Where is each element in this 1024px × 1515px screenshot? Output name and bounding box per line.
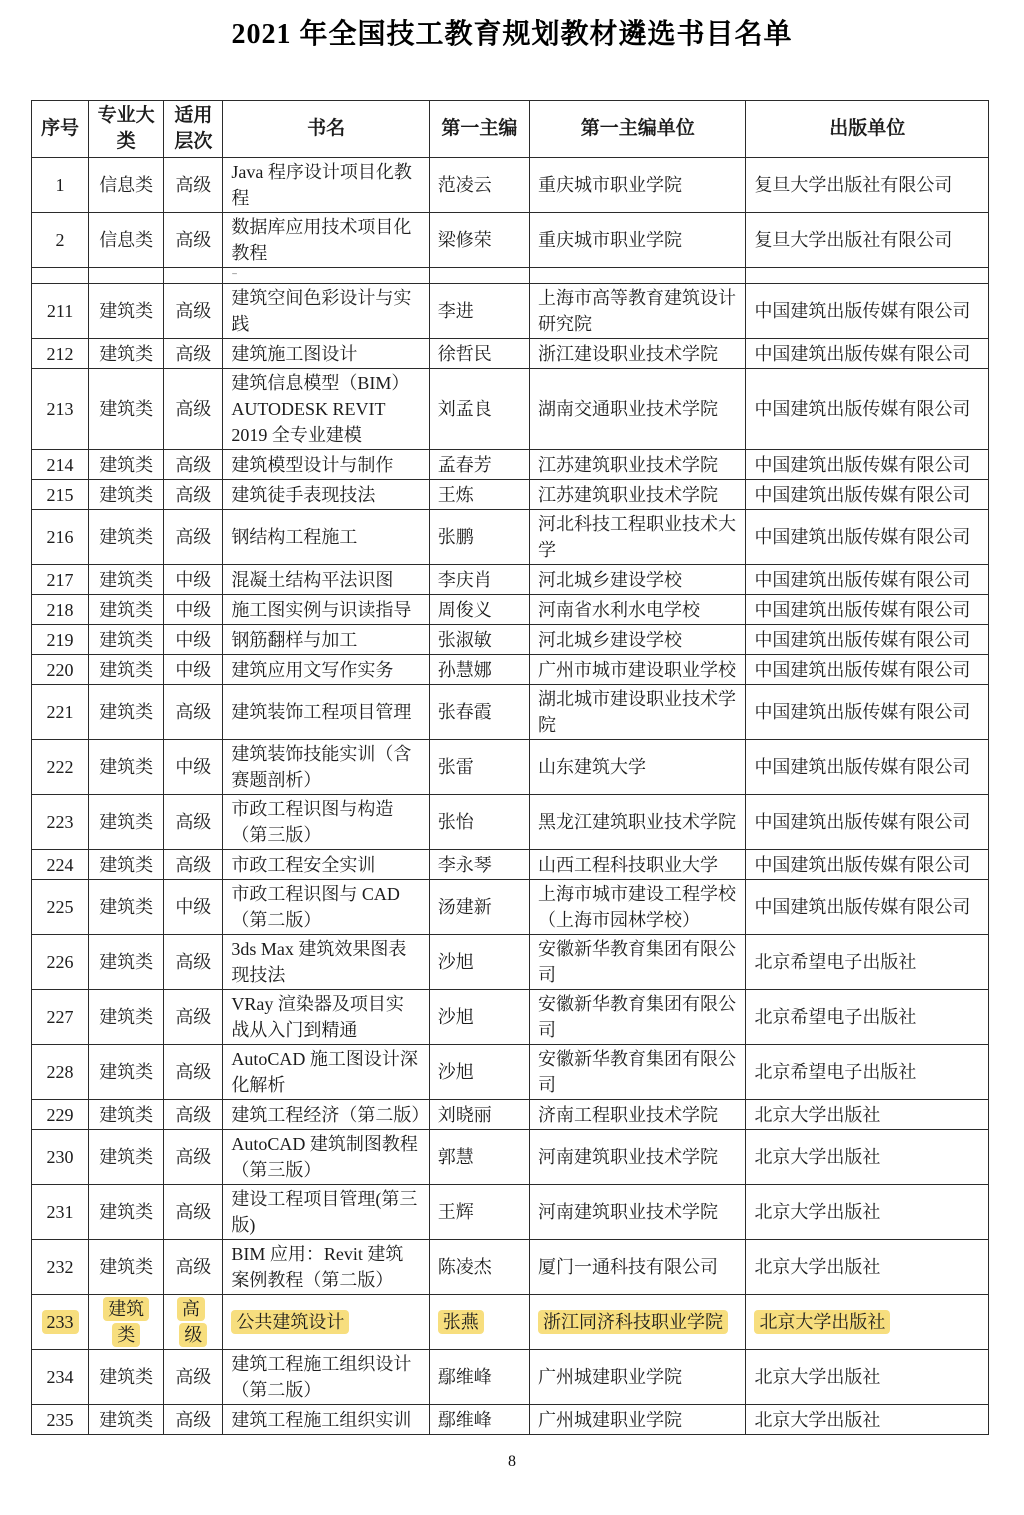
cell-first-editor: 张雷 [429,740,529,795]
cell-applicable-level: 中级 [164,565,223,595]
cell-major-category: 建筑类 [89,1295,164,1350]
cell-editor-institution: 山东建筑大学 [530,740,746,795]
header-institution: 第一主编单位 [530,101,746,158]
cell-book-title: 建筑应用文写作实务 [223,655,429,685]
cell-first-editor: 沙旭 [429,935,529,990]
cell-first-editor: 鄢维峰 [429,1350,529,1405]
cell-publisher: 中国建筑出版传媒有限公司 [746,850,989,880]
table-row: 220 建筑类 中级 建筑应用文写作实务 孙慧娜 广州市城市建设职业学校 中国建… [32,655,989,685]
cell-publisher: 中国建筑出版传媒有限公司 [746,685,989,740]
cell-serial-number: 226 [32,935,89,990]
cell-first-editor: 王炼 [429,480,529,510]
table-header: 序号 专业大类 适用层次 书名 第一主编 第一主编单位 出版单位 [32,101,989,158]
cell-major-category: 建筑类 [89,339,164,369]
cell-major-category: 建筑类 [89,935,164,990]
cell-major-category: 建筑类 [89,565,164,595]
header-level: 适用层次 [164,101,223,158]
cell-serial-number: 224 [32,850,89,880]
cell-publisher: 北京大学出版社 [746,1130,989,1185]
cell-major-category: 信息类 [89,158,164,213]
cell-major-category: 建筑类 [89,1100,164,1130]
table-row: 235 建筑类 高级 建筑工程施工组织实训 鄢维峰 广州城建职业学院 北京大学出… [32,1405,989,1435]
cell-editor-institution: 上海市城市建设工程学校（上海市园林学校） [530,880,746,935]
cell-applicable-level: 中级 [164,625,223,655]
cell-book-title: 建筑装饰技能实训（含赛题剖析） [223,740,429,795]
header-publisher: 出版单位 [746,101,989,158]
table-row: 224 建筑类 高级 市政工程安全实训 李永琴 山西工程科技职业大学 中国建筑出… [32,850,989,880]
cell-serial-number: 220 [32,655,89,685]
cell-major-category: 建筑类 [89,1045,164,1100]
table-row: 221 建筑类 高级 建筑装饰工程项目管理 张春霞 湖北城市建设职业技术学院 中… [32,685,989,740]
cell-applicable-level: 中级 [164,595,223,625]
cell-applicable-level: 高级 [164,935,223,990]
table-row: 211 建筑类 高级 建筑空间色彩设计与实践 李进 上海市高等教育建筑设计研究院… [32,284,989,339]
cell-publisher: 北京大学出版社 [746,1295,989,1350]
cell-book-title: 建筑模型设计与制作 [223,450,429,480]
cell-editor-institution: 河南建筑职业技术学院 [530,1130,746,1185]
cell-major-category: 建筑类 [89,480,164,510]
cell-editor-institution: 广州城建职业学院 [530,1405,746,1435]
cell-editor-institution: 重庆城市职业学院 [530,158,746,213]
cell-major-category: 建筑类 [89,1240,164,1295]
cell-applicable-level: 高级 [164,339,223,369]
cell-publisher: 中国建筑出版传媒有限公司 [746,595,989,625]
table-row: 223 建筑类 高级 市政工程识图与构造（第三版） 张怡 黑龙江建筑职业技术学院… [32,795,989,850]
cell-applicable-level: 高级 [164,990,223,1045]
cell-applicable-level: 高级 [164,1045,223,1100]
cell-major-category: 建筑类 [89,510,164,565]
cell-publisher: 北京大学出版社 [746,1350,989,1405]
cell-serial-number [32,268,89,284]
cell-applicable-level: 高级 [164,685,223,740]
cell-book-title: AutoCAD 施工图设计深化解析 [223,1045,429,1100]
cell-editor-institution: 河南省水利水电学校 [530,595,746,625]
header-title: 书名 [223,101,429,158]
header-no: 序号 [32,101,89,158]
cell-applicable-level: 高级 [164,795,223,850]
cell-serial-number: 1 [32,158,89,213]
table-row: 227 建筑类 高级 VRay 渲染器及项目实战从入门到精通 沙旭 安徽新华教育… [32,990,989,1045]
table-row: 214 建筑类 高级 建筑模型设计与制作 孟春芳 江苏建筑职业技术学院 中国建筑… [32,450,989,480]
cell-major-category: 建筑类 [89,740,164,795]
cell-applicable-level: 高级 [164,1100,223,1130]
cell-book-title: 混凝土结构平法识图 [223,565,429,595]
cell-publisher: 中国建筑出版传媒有限公司 [746,565,989,595]
cell-book-title: 公共建筑设计 [223,1295,429,1350]
cell-book-title: 市政工程识图与 CAD（第二版） [223,880,429,935]
cell-editor-institution: 济南工程职业技术学院 [530,1100,746,1130]
cell-book-title: 建筑工程施工组织设计（第二版） [223,1350,429,1405]
cell-serial-number: 211 [32,284,89,339]
cell-serial-number: 213 [32,369,89,450]
cell-editor-institution [530,268,746,284]
cell-first-editor: 范凌云 [429,158,529,213]
header-category: 专业大类 [89,101,164,158]
cell-major-category: 建筑类 [89,1130,164,1185]
cell-book-title: 施工图实例与识读指导 [223,595,429,625]
cell-applicable-level: 中级 [164,655,223,685]
table-body: 1 信息类 高级 Java 程序设计项目化教程 范凌云 重庆城市职业学院 复旦大… [32,158,989,1435]
table-row: 232 建筑类 高级 BIM 应用：Revit 建筑案例教程（第二版） 陈凌杰 … [32,1240,989,1295]
table-row: 226 建筑类 高级 3ds Max 建筑效果图表现技法 沙旭 安徽新华教育集团… [32,935,989,990]
cell-first-editor: 孙慧娜 [429,655,529,685]
cell-applicable-level: 高级 [164,1295,223,1350]
cell-first-editor: 梁修荣 [429,213,529,268]
cell-first-editor: 鄢维峰 [429,1405,529,1435]
cell-first-editor: 刘孟良 [429,369,529,450]
cell-major-category: 建筑类 [89,1185,164,1240]
cell-publisher: 北京大学出版社 [746,1185,989,1240]
cell-first-editor: 陈凌杰 [429,1240,529,1295]
cell-major-category: 建筑类 [89,655,164,685]
cell-applicable-level: 高级 [164,1130,223,1185]
table-row: 233 建筑类 高级 公共建筑设计 张燕 浙江同济科技职业学院 北京大学出版社 [32,1295,989,1350]
cell-publisher: 中国建筑出版传媒有限公司 [746,795,989,850]
cell-applicable-level: 高级 [164,158,223,213]
cell-serial-number: 223 [32,795,89,850]
table-row: 213 建筑类 高级 建筑信息模型（BIM）AUTODESK REVIT 201… [32,369,989,450]
cell-serial-number: 233 [32,1295,89,1350]
cell-serial-number: 217 [32,565,89,595]
cell-applicable-level: 高级 [164,284,223,339]
cell-editor-institution: 江苏建筑职业技术学院 [530,450,746,480]
cell-first-editor: 沙旭 [429,1045,529,1100]
cell-first-editor: 张燕 [429,1295,529,1350]
cell-publisher: 北京大学出版社 [746,1240,989,1295]
cell-first-editor: 徐哲民 [429,339,529,369]
cell-publisher: 中国建筑出版传媒有限公司 [746,450,989,480]
cell-major-category: 建筑类 [89,685,164,740]
cell-serial-number: 216 [32,510,89,565]
cell-applicable-level: 高级 [164,369,223,450]
cell-serial-number: 218 [32,595,89,625]
cell-book-title: 3ds Max 建筑效果图表现技法 [223,935,429,990]
cell-first-editor: 张淑敏 [429,625,529,655]
cell-editor-institution: 广州市城市建设职业学校 [530,655,746,685]
cell-applicable-level: 高级 [164,213,223,268]
cell-editor-institution: 广州城建职业学院 [530,1350,746,1405]
table-row: 212 建筑类 高级 建筑施工图设计 徐哲民 浙江建设职业技术学院 中国建筑出版… [32,339,989,369]
cell-book-title: 建筑工程施工组织实训 [223,1405,429,1435]
cell-editor-institution: 河北城乡建设学校 [530,565,746,595]
cell-serial-number: 225 [32,880,89,935]
cell-applicable-level: 高级 [164,450,223,480]
cell-applicable-level: 中级 [164,740,223,795]
cell-editor-institution: 河南建筑职业技术学院 [530,1185,746,1240]
table-row: 216 建筑类 高级 钢结构工程施工 张鹏 河北科技工程职业技术大学 中国建筑出… [32,510,989,565]
cell-first-editor: 李进 [429,284,529,339]
cell-book-title: BIM 应用：Revit 建筑案例教程（第二版） [223,1240,429,1295]
cell-publisher: 复旦大学出版社有限公司 [746,213,989,268]
cell-applicable-level: 高级 [164,1405,223,1435]
cell-editor-institution: 安徽新华教育集团有限公司 [530,990,746,1045]
cell-major-category: 建筑类 [89,625,164,655]
table-row: 2 信息类 高级 数据库应用技术项目化教程 梁修荣 重庆城市职业学院 复旦大学出… [32,213,989,268]
cell-editor-institution: 黑龙江建筑职业技术学院 [530,795,746,850]
cell-publisher: 中国建筑出版传媒有限公司 [746,284,989,339]
cell-applicable-level [164,268,223,284]
cell-book-title: AutoCAD 建筑制图教程（第三版） [223,1130,429,1185]
cell-serial-number: 212 [32,339,89,369]
table-row: 225 建筑类 中级 市政工程识图与 CAD（第二版） 汤建新 上海市城市建设工… [32,880,989,935]
cell-serial-number: 215 [32,480,89,510]
page-title: 2021 年全国技工教育规划教材遴选书目名单 [0,0,1024,52]
cell-editor-institution: 河北城乡建设学校 [530,625,746,655]
cell-publisher: 中国建筑出版传媒有限公司 [746,655,989,685]
cell-serial-number: 230 [32,1130,89,1185]
cell-book-title: 数据库应用技术项目化教程 [223,213,429,268]
cell-first-editor: 周俊义 [429,595,529,625]
cell-first-editor: 李永琴 [429,850,529,880]
cell-major-category: 建筑类 [89,850,164,880]
cell-book-title: 建筑徒手表现技法 [223,480,429,510]
cell-publisher: 中国建筑出版传媒有限公司 [746,625,989,655]
cell-serial-number: 222 [32,740,89,795]
cell-editor-institution: 上海市高等教育建筑设计研究院 [530,284,746,339]
cell-applicable-level: 高级 [164,1350,223,1405]
cell-publisher: 北京大学出版社 [746,1100,989,1130]
cell-publisher: 中国建筑出版传媒有限公司 [746,880,989,935]
cell-book-title: 市政工程安全实训 [223,850,429,880]
cell-first-editor: 张鹏 [429,510,529,565]
cell-first-editor: 郭慧 [429,1130,529,1185]
cell-editor-institution: 重庆城市职业学院 [530,213,746,268]
cell-book-title: 钢结构工程施工 [223,510,429,565]
cell-book-title: 市政工程识图与构造（第三版） [223,795,429,850]
cell-first-editor: 张春霞 [429,685,529,740]
cell-publisher: 中国建筑出版传媒有限公司 [746,339,989,369]
cell-editor-institution: 安徽新华教育集团有限公司 [530,935,746,990]
table-row: 222 建筑类 中级 建筑装饰技能实训（含赛题剖析） 张雷 山东建筑大学 中国建… [32,740,989,795]
table-row: 218 建筑类 中级 施工图实例与识读指导 周俊义 河南省水利水电学校 中国建筑… [32,595,989,625]
cell-first-editor [429,268,529,284]
cell-publisher: 中国建筑出版传媒有限公司 [746,480,989,510]
cell-major-category: 信息类 [89,213,164,268]
cell-book-title: 建设工程项目管理(第三版) [223,1185,429,1240]
cell-editor-institution: 湖南交通职业技术学院 [530,369,746,450]
cell-book-title: 建筑工程经济（第二版） [223,1100,429,1130]
cell-book-title: 建筑空间色彩设计与实践 [223,284,429,339]
cell-publisher [746,268,989,284]
cell-serial-number: 228 [32,1045,89,1100]
cell-serial-number: 227 [32,990,89,1045]
cell-major-category: 建筑类 [89,284,164,339]
cell-major-category: 建筑类 [89,369,164,450]
cell-book-title: ⁻ [223,268,429,284]
cell-editor-institution: 湖北城市建设职业技术学院 [530,685,746,740]
table-row: 219 建筑类 中级 钢筋翻样与加工 张淑敏 河北城乡建设学校 中国建筑出版传媒… [32,625,989,655]
table-row: 228 建筑类 高级 AutoCAD 施工图设计深化解析 沙旭 安徽新华教育集团… [32,1045,989,1100]
cell-serial-number: 229 [32,1100,89,1130]
cell-serial-number: 214 [32,450,89,480]
cell-major-category: 建筑类 [89,1405,164,1435]
cell-serial-number: 234 [32,1350,89,1405]
cell-publisher: 北京希望电子出版社 [746,1045,989,1100]
cell-publisher: 复旦大学出版社有限公司 [746,158,989,213]
cell-publisher: 北京希望电子出版社 [746,990,989,1045]
cell-publisher: 北京大学出版社 [746,1405,989,1435]
cell-editor-institution: 浙江同济科技职业学院 [530,1295,746,1350]
cell-first-editor: 李庆肖 [429,565,529,595]
table-row: 231 建筑类 高级 建设工程项目管理(第三版) 王辉 河南建筑职业技术学院 北… [32,1185,989,1240]
cell-serial-number: 221 [32,685,89,740]
cell-serial-number: 219 [32,625,89,655]
cell-editor-institution: 河北科技工程职业技术大学 [530,510,746,565]
booklist-table: 序号 专业大类 适用层次 书名 第一主编 第一主编单位 出版单位 1 信息类 高… [31,100,989,1435]
table-row: 234 建筑类 高级 建筑工程施工组织设计（第二版） 鄢维峰 广州城建职业学院 … [32,1350,989,1405]
cell-publisher: 中国建筑出版传媒有限公司 [746,510,989,565]
cell-serial-number: 231 [32,1185,89,1240]
cell-publisher: 北京希望电子出版社 [746,935,989,990]
cell-book-title: 建筑装饰工程项目管理 [223,685,429,740]
cell-applicable-level: 中级 [164,880,223,935]
cell-editor-institution: 江苏建筑职业技术学院 [530,480,746,510]
cell-first-editor: 张怡 [429,795,529,850]
cell-publisher: 中国建筑出版传媒有限公司 [746,740,989,795]
cell-first-editor: 刘晓丽 [429,1100,529,1130]
cell-editor-institution: 安徽新华教育集团有限公司 [530,1045,746,1100]
cell-book-title: VRay 渲染器及项目实战从入门到精通 [223,990,429,1045]
header-editor: 第一主编 [429,101,529,158]
cell-editor-institution: 山西工程科技职业大学 [530,850,746,880]
cell-major-category: 建筑类 [89,450,164,480]
table-row: 217 建筑类 中级 混凝土结构平法识图 李庆肖 河北城乡建设学校 中国建筑出版… [32,565,989,595]
cell-applicable-level: 高级 [164,1240,223,1295]
cell-book-title: Java 程序设计项目化教程 [223,158,429,213]
cell-serial-number: 232 [32,1240,89,1295]
cell-major-category: 建筑类 [89,595,164,625]
cell-applicable-level: 高级 [164,510,223,565]
cell-applicable-level: 高级 [164,480,223,510]
cell-first-editor: 王辉 [429,1185,529,1240]
cell-editor-institution: 浙江建设职业技术学院 [530,339,746,369]
cell-book-title: 建筑信息模型（BIM）AUTODESK REVIT 2019 全专业建模 [223,369,429,450]
cell-major-category: 建筑类 [89,795,164,850]
table-row: 229 建筑类 高级 建筑工程经济（第二版） 刘晓丽 济南工程职业技术学院 北京… [32,1100,989,1130]
cell-first-editor: 沙旭 [429,990,529,1045]
cell-serial-number: 235 [32,1405,89,1435]
table-row: 1 信息类 高级 Java 程序设计项目化教程 范凌云 重庆城市职业学院 复旦大… [32,158,989,213]
table-row: 215 建筑类 高级 建筑徒手表现技法 王炼 江苏建筑职业技术学院 中国建筑出版… [32,480,989,510]
document-page: 2021 年全国技工教育规划教材遴选书目名单 序号 专业大类 适用层次 书名 第… [0,0,1024,1515]
cell-serial-number: 2 [32,213,89,268]
cell-editor-institution: 厦门一通科技有限公司 [530,1240,746,1295]
table-row: 230 建筑类 高级 AutoCAD 建筑制图教程（第三版） 郭慧 河南建筑职业… [32,1130,989,1185]
cell-publisher: 中国建筑出版传媒有限公司 [746,369,989,450]
cell-first-editor: 孟春芳 [429,450,529,480]
cell-applicable-level: 高级 [164,850,223,880]
cell-book-title: 钢筋翻样与加工 [223,625,429,655]
cell-applicable-level: 高级 [164,1185,223,1240]
cell-first-editor: 汤建新 [429,880,529,935]
cell-book-title: 建筑施工图设计 [223,339,429,369]
cell-major-category [89,268,164,284]
table-row: ⁻ [32,268,989,284]
cell-major-category: 建筑类 [89,880,164,935]
cell-major-category: 建筑类 [89,1350,164,1405]
page-number: 8 [0,1453,1024,1471]
cell-major-category: 建筑类 [89,990,164,1045]
